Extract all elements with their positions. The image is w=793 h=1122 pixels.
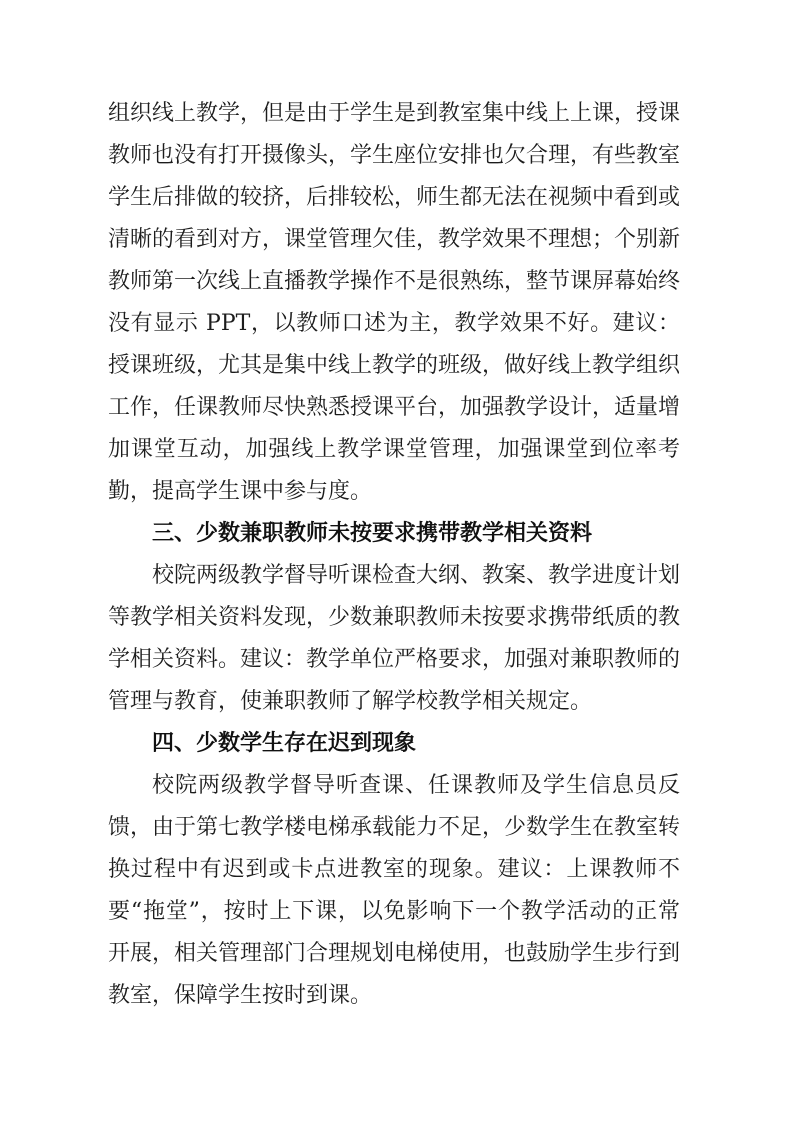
section-heading-four: 四、少数学生存在迟到现象	[108, 723, 680, 765]
paragraph-section-four: 校院两级教学督导听查课、任课教师及学生信息员反馈，由于第七教学楼电梯承载能力不足…	[108, 765, 680, 1017]
paragraph-section-three: 校院两级教学督导听课检查大纲、教案、教学进度计划等教学相关资料发现，少数兼职教师…	[108, 555, 680, 723]
document-content: 组织线上教学，但是由于学生是到教室集中线上上课，授课教师也没有打开摄像头，学生座…	[108, 93, 680, 1017]
paragraph-continuation: 组织线上教学，但是由于学生是到教室集中线上上课，授课教师也没有打开摄像头，学生座…	[108, 93, 680, 513]
section-heading-three: 三、少数兼职教师未按要求携带教学相关资料	[108, 513, 680, 555]
document-page: 组织线上教学，但是由于学生是到教室集中线上上课，授课教师也没有打开摄像头，学生座…	[0, 0, 793, 1122]
